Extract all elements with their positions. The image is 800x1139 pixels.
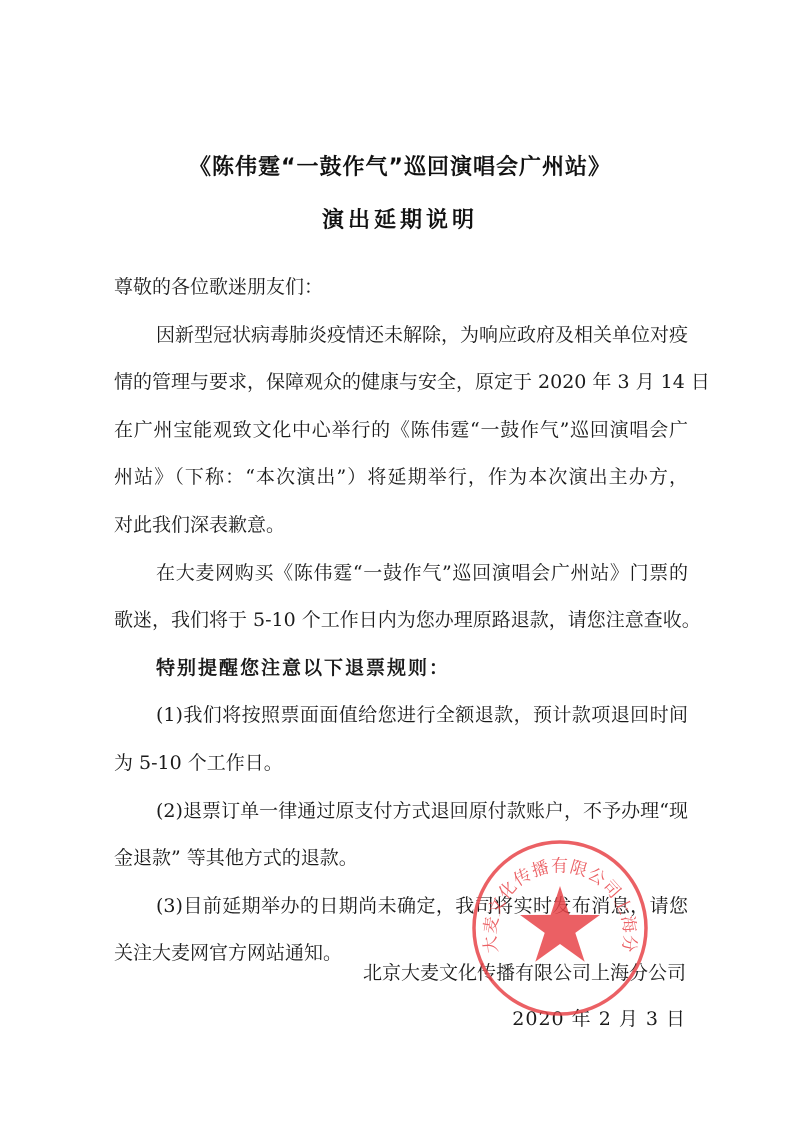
- rule-item-1: (1)我们将按照票面面值给您进行全额退款，预计款项退回时间 为 5-10 个工作…: [114, 692, 688, 787]
- document-page: 《陈伟霆“一鼓作气”巡回演唱会广州站》 演出延期说明 尊敬的各位歌迷朋友们： 因…: [0, 0, 800, 1139]
- rule-line: (1)我们将按照票面面值给您进行全额退款，预计款项退回时间: [114, 692, 688, 740]
- signature-date: 2020 年 2 月 3 日: [512, 1004, 686, 1031]
- rule-line: 金退款” 等其他方式的退款。: [114, 835, 688, 883]
- paragraph-line: 州站》（下称：“本次演出”）将延期举行，作为本次演出主办方，: [114, 454, 688, 502]
- paragraph-line: 因新型冠状病毒肺炎疫情还未解除，为响应政府及相关单位对疫: [114, 312, 688, 360]
- greeting: 尊敬的各位歌迷朋友们：: [114, 264, 688, 312]
- rule-line: (3)目前延期举办的日期尚未确定，我司将实时发布消息，请您: [114, 883, 688, 931]
- paragraph-line: 情的管理与要求，保障观众的健康与安全，原定于 2020 年 3 月 14 日: [114, 359, 688, 407]
- document-subtitle: 演出延期说明: [0, 203, 800, 234]
- paragraph-line: 在广州宝能观致文化中心举行的《陈伟霆“一鼓作气”巡回演唱会广: [114, 407, 688, 455]
- paragraph-line: 在大麦网购买《陈伟霆“一鼓作气”巡回演唱会广州站》门票的: [114, 550, 688, 598]
- rule-line: (2)退票订单一律通过原支付方式退回原付款账户，不予办理“现: [114, 788, 688, 836]
- paragraph-line: 歌迷，我们将于 5-10 个工作日内为您办理原路退款，请您注意查收。: [114, 597, 688, 645]
- paragraph-postponement: 因新型冠状病毒肺炎疫情还未解除，为响应政府及相关单位对疫 情的管理与要求，保障观…: [114, 312, 688, 550]
- document-title: 《陈伟霆“一鼓作气”巡回演唱会广州站》: [0, 150, 800, 181]
- rules-heading: 特别提醒您注意以下退票规则：: [114, 645, 688, 693]
- document-body: 尊敬的各位歌迷朋友们： 因新型冠状病毒肺炎疫情还未解除，为响应政府及相关单位对疫…: [114, 264, 688, 978]
- paragraph-refund: 在大麦网购买《陈伟霆“一鼓作气”巡回演唱会广州站》门票的 歌迷，我们将于 5-1…: [114, 550, 688, 645]
- paragraph-line: 对此我们深表歉意。: [114, 502, 688, 550]
- signature-company: 北京大麦文化传播有限公司上海分公司: [363, 958, 686, 985]
- rule-line: 为 5-10 个工作日。: [114, 740, 688, 788]
- rule-item-2: (2)退票订单一律通过原支付方式退回原付款账户，不予办理“现 金退款” 等其他方…: [114, 788, 688, 883]
